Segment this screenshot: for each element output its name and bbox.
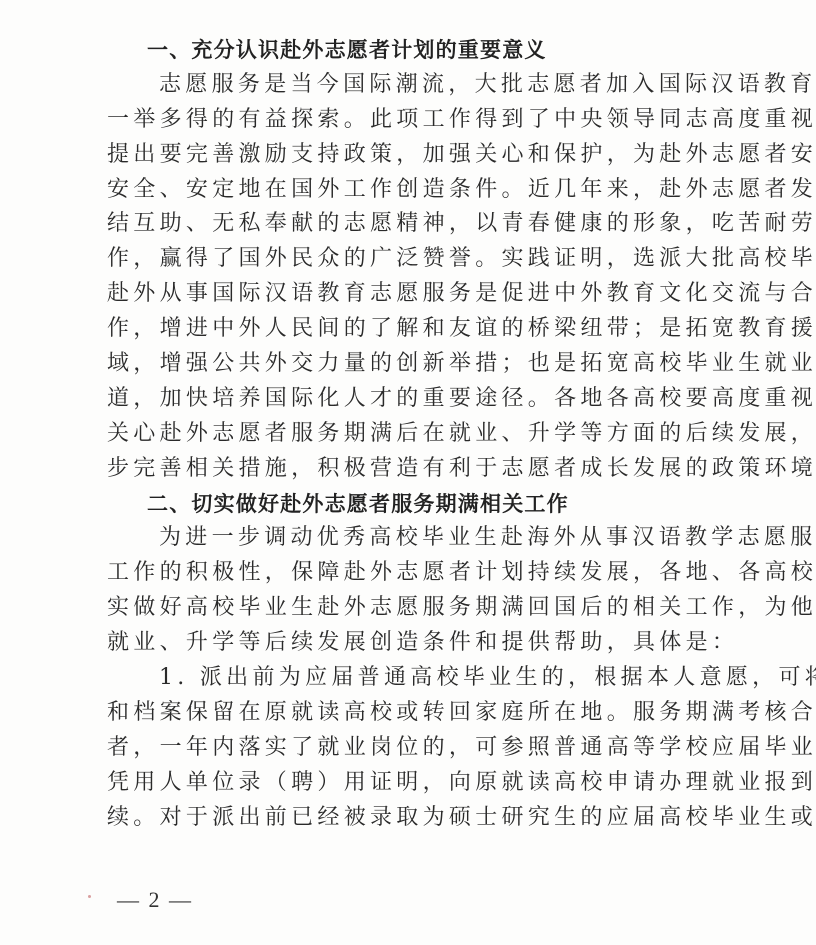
document-body: 一、充分认识赴外志愿者计划的重要意义 志愿服务是当今国际潮流，大批志愿者加入国际… [107, 33, 689, 835]
paragraph-line: 凭用人单位录（聘）用证明，向原就读高校申请办理就业报到手 [107, 766, 689, 801]
paragraph-line: 一举多得的有益探索。此项工作得到了中央领导同志高度重视， [107, 103, 689, 138]
paragraph-line: 工作的积极性，保障赴外志愿者计划持续发展，各地、各高校要切 [107, 556, 689, 591]
paragraph-line: 者，一年内落实了就业岗位的，可参照普通高等学校应届毕业生， [107, 731, 689, 766]
scan-artifact [88, 895, 91, 898]
paragraph-line: 作，增进中外人民间的了解和友谊的桥梁纽带；是拓宽教育援外领 [107, 312, 689, 347]
paragraph-line: 结互助、无私奉献的志愿精神，以青春健康的形象，吃苦耐劳的工 [107, 207, 689, 242]
paragraph-line: 作，赢得了国外民众的广泛赞誉。实践证明，选派大批高校毕业生 [107, 242, 689, 277]
paragraph-line: 就业、升学等后续发展创造条件和提供帮助，具体是： [107, 626, 689, 661]
paragraph-line: 步完善相关措施，积极营造有利于志愿者成长发展的政策环境。 [107, 452, 689, 487]
document-page: 一、充分认识赴外志愿者计划的重要意义 志愿服务是当今国际潮流，大批志愿者加入国际… [0, 0, 816, 945]
paragraph-line: 提出要完善激励支持政策，加强关心和保护，为赴外志愿者安心、 [107, 138, 689, 173]
page-number: — 2 — [117, 887, 193, 913]
paragraph-line: 安全、安定地在国外工作创造条件。近几年来，赴外志愿者发扬团 [107, 173, 689, 208]
section-heading-1: 一、充分认识赴外志愿者计划的重要意义 [107, 33, 689, 68]
paragraph-line: 关心赴外志愿者服务期满后在就业、升学等方面的后续发展，进一 [107, 417, 689, 452]
paragraph-line: 为进一步调动优秀高校毕业生赴海外从事汉语教学志愿服务 [107, 521, 689, 556]
paragraph-line: 域，增强公共外交力量的创新举措；也是拓宽高校毕业生就业渠 [107, 347, 689, 382]
paragraph-line: 和档案保留在原就读高校或转回家庭所在地。服务期满考核合格 [107, 696, 689, 731]
list-item-1: 1. 派出前为应届普通高校毕业生的，根据本人意愿，可将户口 [107, 661, 689, 696]
paragraph-line: 实做好高校毕业生赴外志愿服务期满回国后的相关工作，为他们 [107, 591, 689, 626]
paragraph-line: 赴外从事国际汉语教育志愿服务是促进中外教育文化交流与合 [107, 277, 689, 312]
paragraph-line: 续。对于派出前已经被录取为硕士研究生的应届高校毕业生或在 [107, 801, 689, 836]
paragraph-line: 道，加快培养国际化人才的重要途径。各地各高校要高度重视和 [107, 382, 689, 417]
paragraph-line: 志愿服务是当今国际潮流，大批志愿者加入国际汉语教育是 [107, 68, 689, 103]
section-heading-2: 二、切实做好赴外志愿者服务期满相关工作 [107, 487, 689, 522]
